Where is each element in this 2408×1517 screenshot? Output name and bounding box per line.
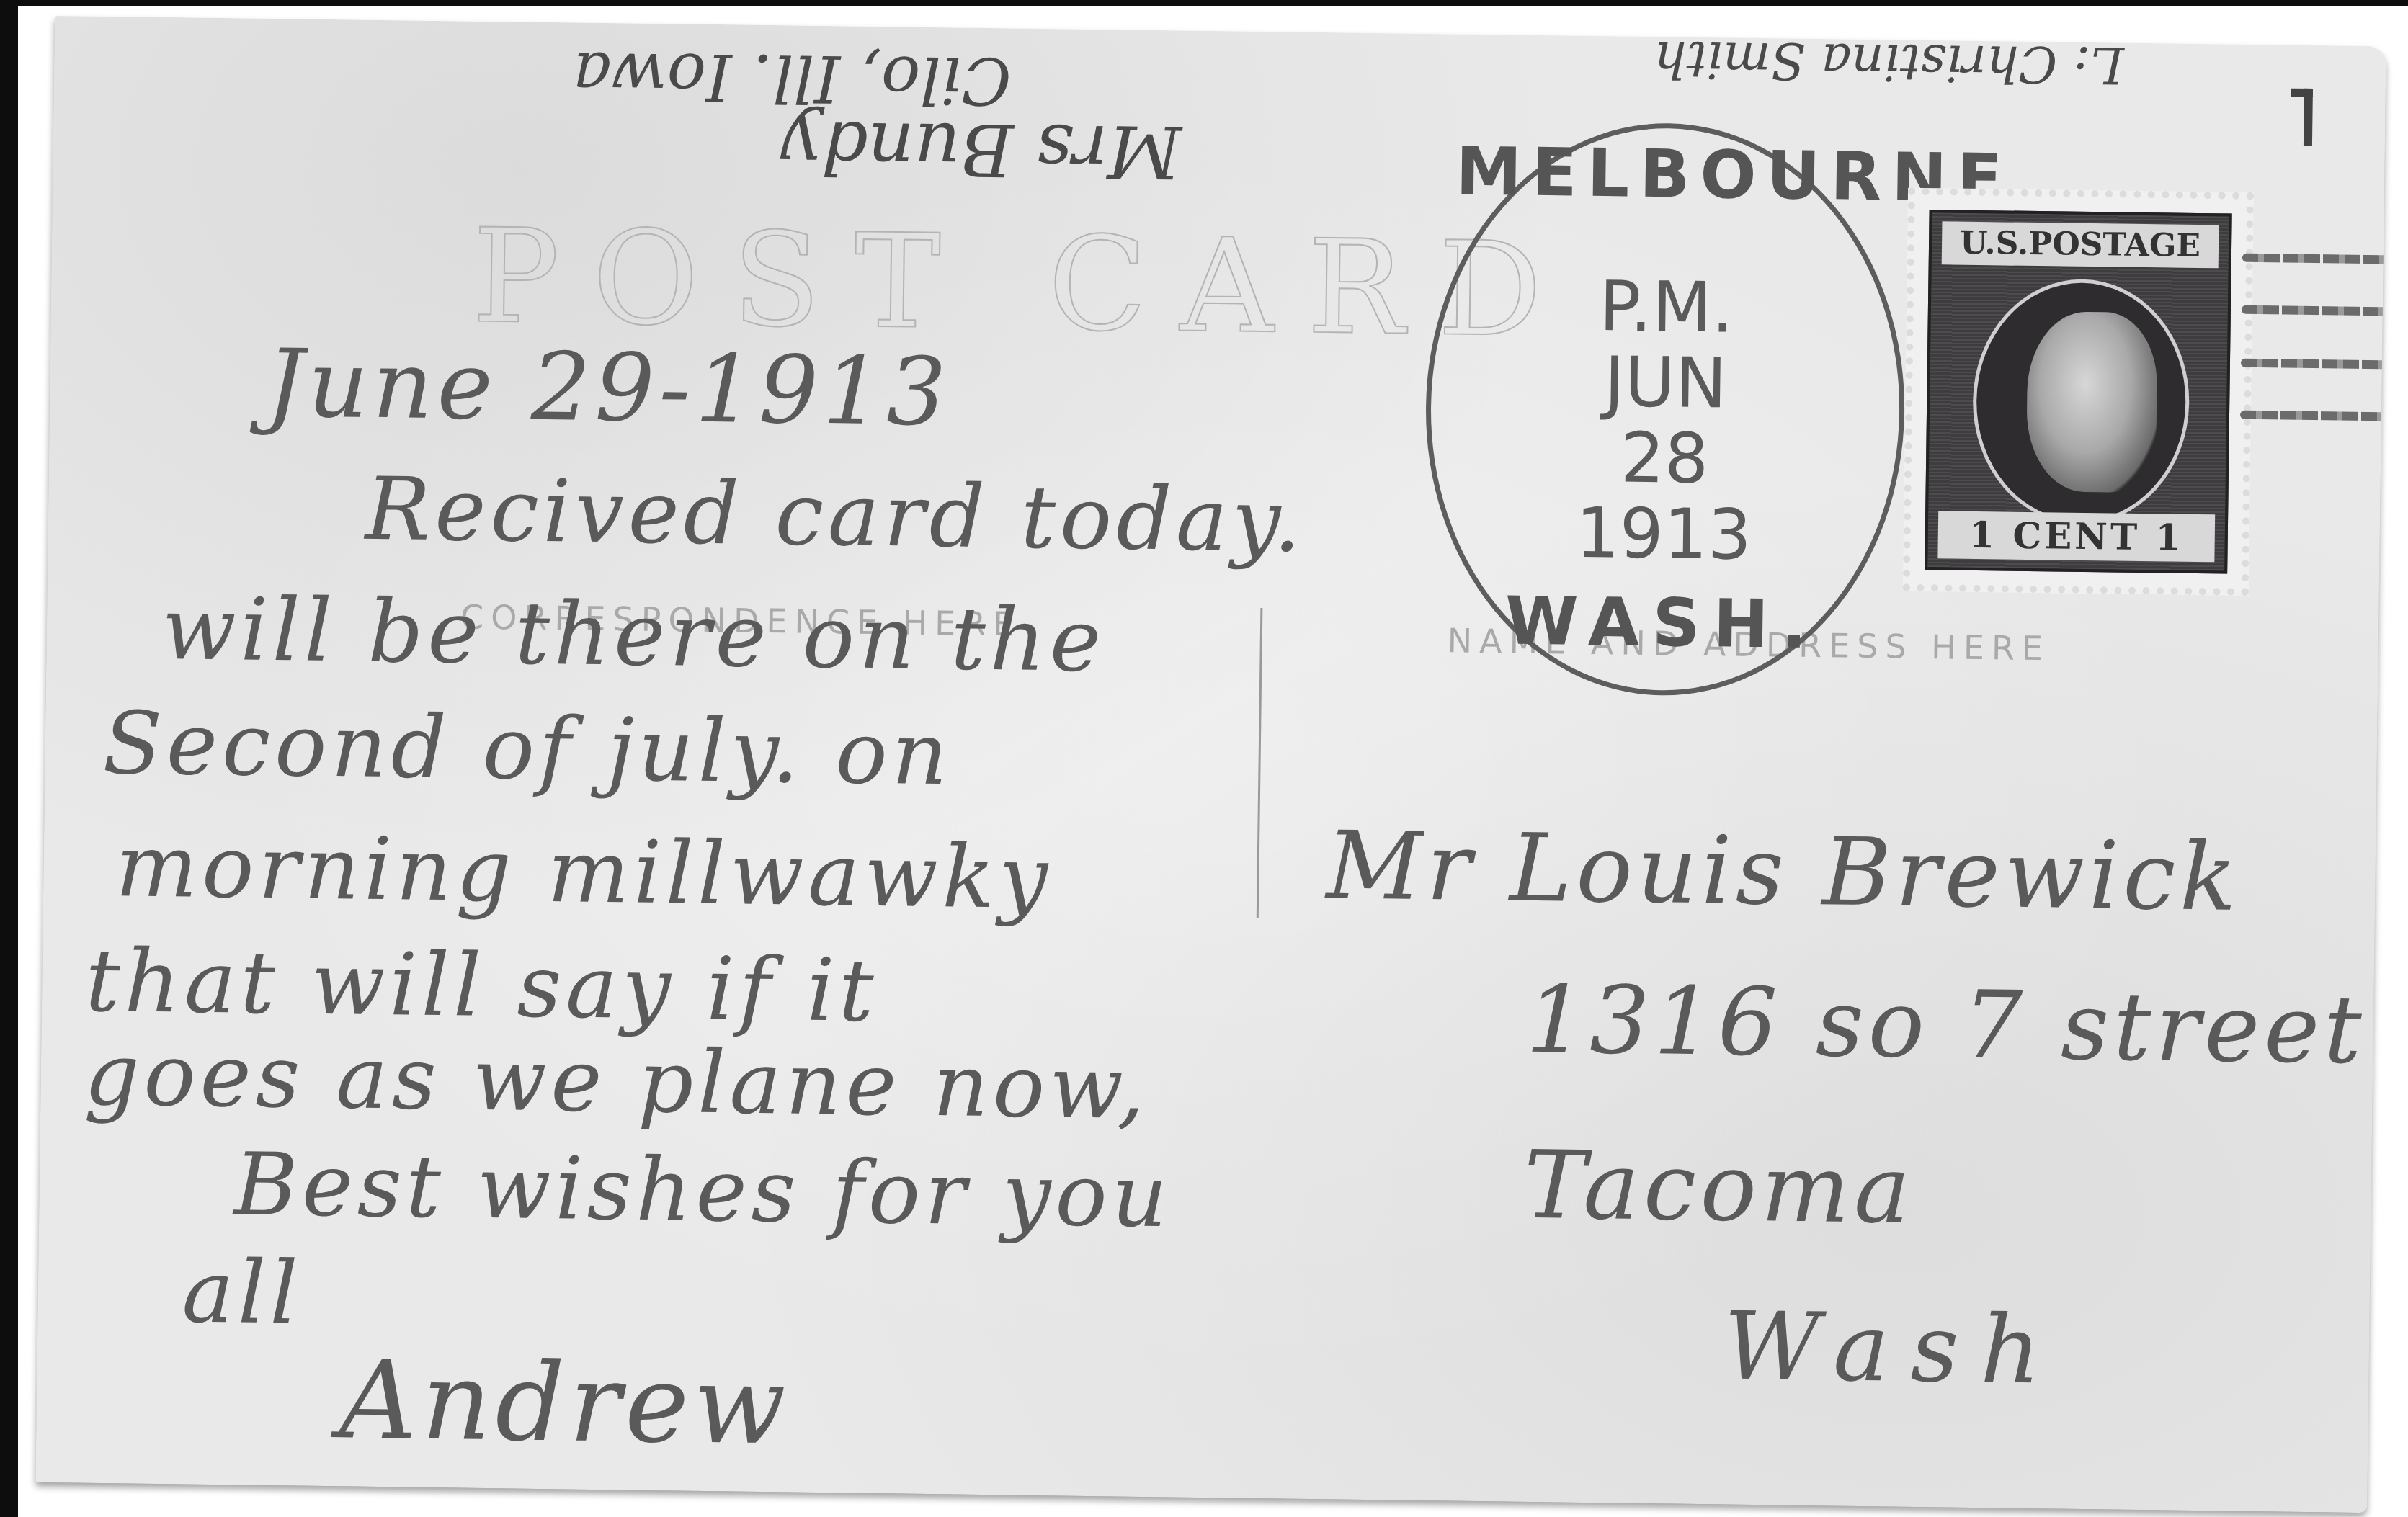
message-signature: Andrew	[339, 1338, 791, 1469]
postage-stamp: U.S.POSTAGE 1 CENT 1	[1903, 188, 2254, 596]
washington-portrait-icon	[2026, 311, 2158, 493]
message-line: that will say if it	[85, 931, 879, 1042]
cancel-line	[2240, 411, 2386, 421]
address-state: Wash	[1723, 1291, 2063, 1405]
upside-down-note-2: Mrs Bundy	[780, 104, 1182, 194]
address-name: Mr Louis Brewick	[1326, 810, 2242, 932]
corner-mark	[2291, 89, 2313, 146]
message-line: Best wishes for you	[233, 1135, 1172, 1247]
message-line: will be there on the	[161, 579, 1106, 692]
postmark-year: 1913	[1429, 496, 1898, 572]
message-line: all	[182, 1242, 303, 1343]
address-street: 1316 so 7 street	[1525, 965, 2367, 1085]
stamp-portrait-frame	[1971, 278, 2190, 526]
postmark-day: 28	[1430, 421, 1899, 496]
message-line: morning millwawky	[115, 816, 1053, 928]
scan-border-left	[0, 0, 18, 1517]
column-divider	[1257, 608, 1263, 918]
message-line: Recived card today.	[365, 460, 1306, 572]
cancel-line	[2241, 359, 2386, 370]
cancel-line	[2242, 254, 2386, 264]
postcard: Cilo, Ill. Iowa Mrs Bundy L: Christina S…	[35, 16, 2386, 1513]
postmark: MELBOURNE P.M. JUN 28 1913 WASH.	[1422, 120, 1908, 699]
message-line: Second of july. on	[102, 694, 953, 805]
postmark-state: WASH.	[1427, 581, 1896, 664]
postmark-month: JUN	[1431, 345, 1900, 421]
stamp-denomination: 1 CENT 1	[1937, 511, 2215, 562]
scan-border-top	[0, 0, 2408, 6]
message-line: goes as we plane now,	[84, 1025, 1150, 1139]
address-city: Tacoma	[1523, 1130, 1915, 1245]
postmark-time: P.M.	[1432, 269, 1901, 345]
message-date: June 29-1913	[265, 328, 951, 447]
cancel-line	[2242, 305, 2386, 316]
postmark-town: MELBOURNE	[1455, 133, 1881, 215]
upside-down-note-3: L: Christina Smith	[1654, 30, 2124, 95]
stamp-header: U.S.POSTAGE	[1942, 221, 2219, 268]
